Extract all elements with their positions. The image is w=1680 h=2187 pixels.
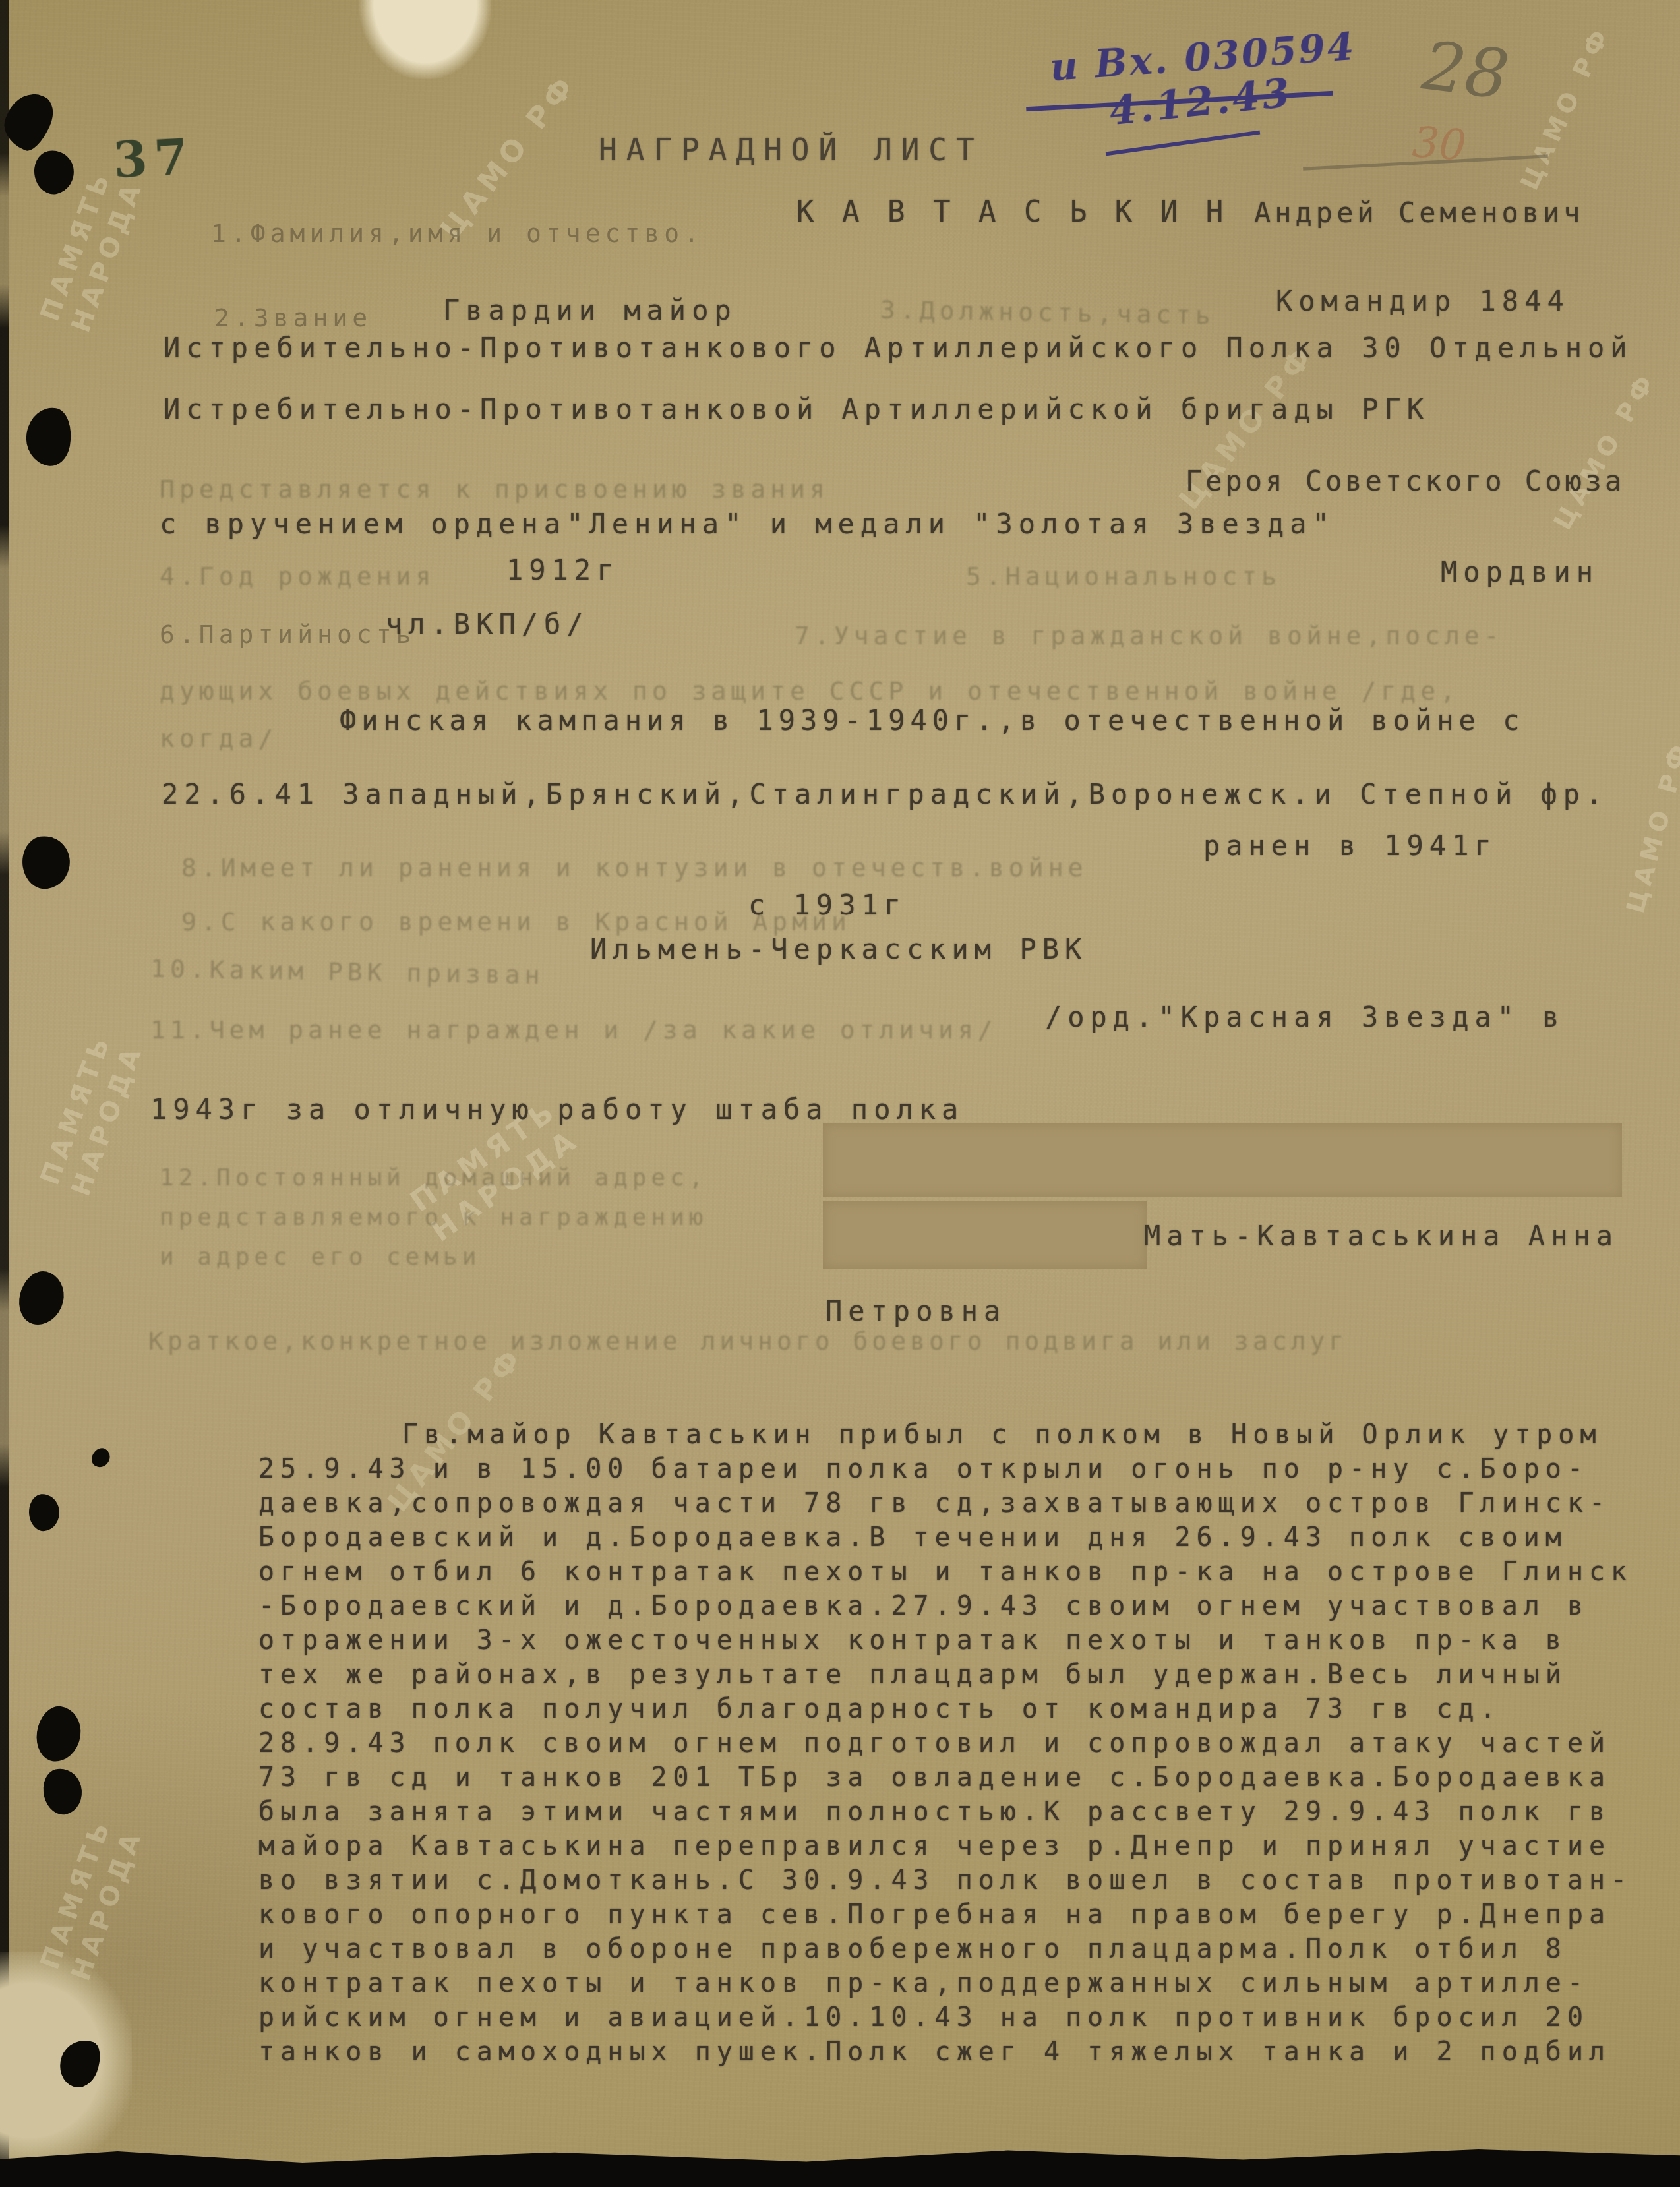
field-11-label: 11.Чем ранее награжден и /за какие отлич… [150,1015,998,1044]
field-10-value: Ильмень-Черкасским РВК [590,933,1087,965]
sheet-number-stamp: 37 [112,129,196,189]
field-3-value-unit-line2: Истребительно-Противотанковой Артиллерий… [164,393,1429,425]
field-11-value-line2: 1943г за отличную работу штаба полка [150,1093,964,1125]
scanned-award-document: ЦАМО РФ ЦАМО РФ ПАМЯТЬ НАРОДА ЦАМО РФ ЦА… [0,0,1680,2187]
field-3-label: 3.Должность,часть [880,295,1216,330]
field-8-label: 8.Имеет ли ранения и контузии в отечеств… [181,853,1087,882]
pencil-page-number: 28 [1418,27,1513,115]
punch-hole [14,1267,69,1330]
field-12-label-line3: и адрес его семьи [160,1243,481,1271]
document-title: НАГРАДНОЙ ЛИСТ [599,132,984,167]
field-12-label-line1: 12.Постоянный домашний адрес, [160,1164,708,1191]
torn-white-patch-top [359,0,491,79]
field-6-label: 6.Партийность [160,620,415,649]
redaction-box-1 [823,1123,1622,1197]
bottom-scan-band [0,2136,1680,2187]
field-1-value-name: Андрей Семенович [1254,196,1584,229]
field-12-value-line2: Петровна [825,1295,1006,1327]
punch-hole [38,1764,86,1818]
field-5-label: 5.Национальность [966,562,1281,591]
field-12-value-line1: Мать-Кавтаськина Анна [1144,1220,1619,1252]
field-2-label: 2.Звание [214,303,372,332]
paper-speck [88,1445,113,1471]
redaction-box-2 [823,1201,1147,1269]
narrative-text: Гв.майор Кавтаськин прибыл с полком в Но… [258,1418,1680,2069]
field-7-label-line2: дующих боевых действиях по защите СССР и… [160,676,1460,705]
field-7-label-line1: 7.Участие в гражданской войне,после- [795,621,1504,650]
field-7-value-line1: Финская кампания в 1939-1940г.,в отечест… [340,704,1524,736]
watermark-camo: ЦАМО РФ [1514,21,1617,195]
watermark-pamyat: ПАМЯТЬ НАРОДА [34,1028,150,1201]
field-10-label: 10.Каким РВК призван [150,954,545,990]
presented-for-label: Представляется к присвоению звания [160,475,829,504]
punch-hole [22,404,76,469]
punch-hole [33,1704,84,1764]
field-2-value: Гвардии майор [443,294,737,326]
field-1-value-lastname: К А В Т А С Ь К И Н [796,195,1228,229]
punch-hole [19,833,73,891]
ink-underline [1106,131,1261,156]
presented-for-value-line1: Героя Советского Союза [1185,465,1625,497]
field-6-value: чл.ВКП/б/ [386,608,589,640]
field-1-label: 1.Фамилия,имя и отчество. [211,219,704,248]
field-4-label: 4.Год рождения [160,562,435,591]
left-scan-edge [0,0,9,2187]
field-3-value-unit-line1: Истребительно-Противотанкового Артиллери… [164,332,1633,364]
field-8-value: ранен в 1941г [1203,829,1497,862]
field-12-label-line2: представляемого к награждению [160,1204,708,1231]
punch-hole [30,146,78,197]
watermark-camo: ЦАМО РФ [1620,736,1680,916]
summary-heading: Краткое,конкретное изложение личного бое… [148,1327,1348,1356]
punch-hole [27,1493,61,1533]
presented-for-value-line2: с вручением ордена"Ленина" и медали "Зол… [160,508,1335,540]
field-4-value: 1912г [506,554,619,586]
field-3-value: Командир 1844 [1276,285,1570,317]
field-7-label-line3: когда/ [160,724,278,753]
field-11-value-line1: /орд."Красная Звезда" в [1045,1001,1565,1033]
field-7-value-line2: 22.6.41 Западный,Брянский,Сталинградский… [162,778,1608,810]
field-5-value: Мордвин [1441,556,1599,588]
watermark-camo: ЦАМО РФ [1547,366,1664,535]
field-9-value: с 1931г [748,889,907,921]
